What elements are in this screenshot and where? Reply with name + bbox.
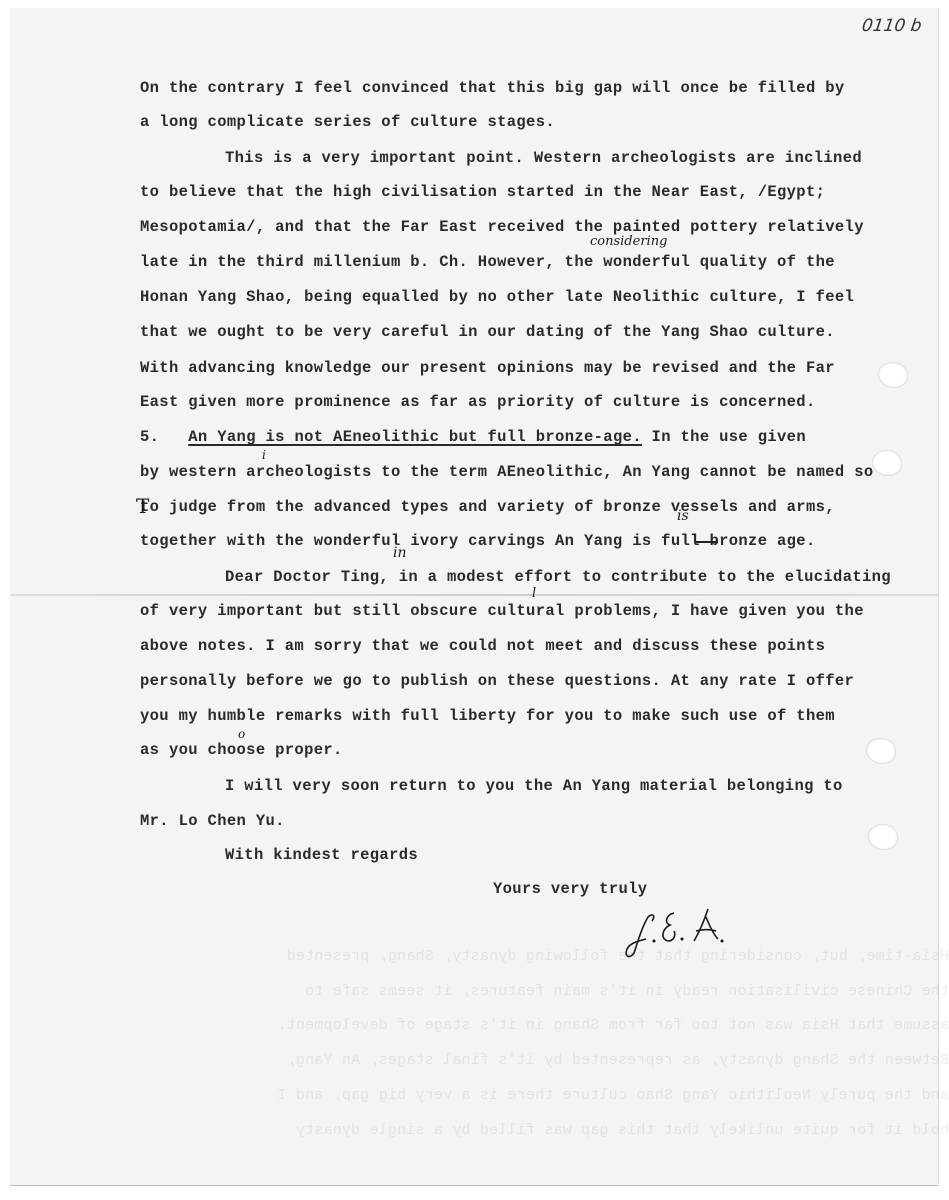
text-line: late in the third millenium b. Ch. Howev… [140, 252, 835, 272]
bleed-through-line: the Chinese civilisation ready in it's m… [0, 983, 949, 1000]
text-line: On the contrary I feel convinced that th… [140, 78, 845, 98]
punch-hole [868, 824, 898, 850]
text-line: Honan Yang Shao, being equalled by no ot… [140, 287, 854, 307]
text-line: to believe that the high civilisation st… [140, 182, 825, 202]
bleed-through-line: Hsia-time, but, considering that the fol… [0, 948, 949, 965]
handwritten-considering: considering [590, 234, 667, 249]
item-number: 5. [140, 428, 159, 446]
punch-hole [872, 450, 902, 476]
text-line: to judge from the advanced types and var… [140, 497, 835, 517]
punch-hole [866, 738, 896, 764]
text-line: Mr. Lo Chen Yu. [140, 811, 285, 831]
bleed-through-line: hold it for quite unlikely that this gap… [0, 1122, 949, 1139]
handwritten-l-insert: l [532, 586, 536, 601]
text-line: personally before we go to publish on th… [140, 671, 854, 691]
handwritten-o-insert: o [238, 727, 245, 741]
text-line: East given more prominence as far as pri… [140, 392, 816, 412]
signature-icon [618, 905, 728, 965]
text-line: I will very soon return to you the An Ya… [225, 776, 843, 796]
bleed-through-line: Between the Shang dynasty, as represente… [0, 1052, 949, 1069]
handwritten-i-insert: i [262, 448, 266, 462]
handwritten-T-mark: T [136, 494, 149, 518]
valediction: Yours very truly [493, 879, 647, 899]
punch-hole [878, 362, 908, 388]
item-5-line: 5. An Yang is not AEneolithic but full b… [140, 427, 806, 447]
strikethrough-mark [696, 541, 718, 543]
bleed-through-line: assume that Hsia was not too far from Sh… [0, 1017, 949, 1034]
closing-line: With kindest regards [225, 845, 418, 865]
text-line: This is a very important point. Western … [225, 148, 862, 168]
text-line: above notes. I am sorry that we could no… [140, 636, 825, 656]
text-line: that we ought to be very careful in our … [140, 322, 835, 342]
text-line: a long complicate series of culture stag… [140, 112, 555, 132]
handwritten-in: in [393, 545, 407, 561]
handwritten-is: is [677, 508, 689, 524]
page-number: 0110 b [861, 16, 923, 36]
text-line: of very important but still obscure cult… [140, 601, 864, 621]
text-line: Dear Doctor Ting, in a modest effort to … [225, 567, 891, 587]
text-line: With advancing knowledge our present opi… [140, 358, 835, 378]
text-line: by western archeologists to the term AEn… [140, 462, 874, 482]
item-text: In the use given [642, 428, 806, 446]
bleed-through-line: and the purely Neolithic Yang Shao cultu… [0, 1087, 949, 1104]
text-line: as you choose proper. [140, 740, 343, 760]
text-line: Mesopotamia/, and that the Far East rece… [140, 217, 864, 237]
text-line: you my humble remarks with full liberty … [140, 706, 835, 726]
item-heading: An Yang is not AEneolithic but full bron… [188, 428, 642, 446]
fold-line [10, 594, 938, 596]
